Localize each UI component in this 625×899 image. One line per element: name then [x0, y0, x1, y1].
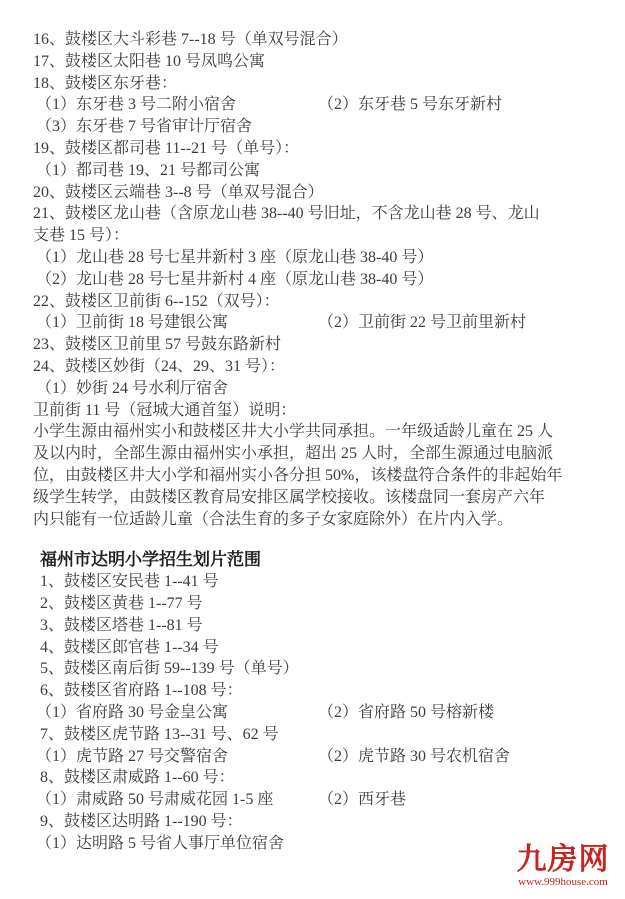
- address-text: 19、鼓楼区都司巷 11--21 号（单号）：: [33, 140, 299, 157]
- address-line: 4、鼓楼区郎官巷 1--34 号: [33, 637, 599, 659]
- address-text: 6、鼓楼区省府路 1--108 号：: [40, 682, 243, 699]
- address-text: 7、鼓楼区虎节路 13--31 号、62 号: [40, 726, 279, 743]
- address-text: （1）妙街 24 号水利厅宿舍: [36, 380, 228, 397]
- address-line-two-col: （1）虎节路 27 号交警宿舍（2）虎节路 30 号农机宿舍: [33, 746, 599, 768]
- address-text: （2）龙山巷 28 号七星井新村 4 座（原龙山巷 38-40 号）: [36, 271, 433, 288]
- address-text: 及以内时，全部生源由福州实小承担，超出 25 人时，全部生源通过电脑派: [33, 445, 553, 462]
- site-url: www.999house.com: [508, 876, 618, 889]
- address-text-col2: （2）省府路 50 号榕新楼: [318, 702, 494, 724]
- address-text-col2: （2）卫前街 22 号卫前里新村: [318, 312, 526, 334]
- address-line: 19、鼓楼区都司巷 11--21 号（单号）：: [33, 138, 599, 160]
- address-text: 级学生转学，由鼓楼区教育局安排区属学校接收。该楼盘同一套房产六年: [33, 489, 545, 506]
- address-line: 1、鼓楼区安民巷 1--41 号: [33, 571, 599, 593]
- address-text: （1）都司巷 19、21 号都司公寓: [36, 162, 260, 179]
- address-line: （1）都司巷 19、21 号都司公寓: [33, 160, 599, 182]
- address-text: 18、鼓楼区东牙巷：: [33, 75, 177, 92]
- address-line-two-col: （1）卫前街 18 号建银公寓（2）卫前街 22 号卫前里新村: [33, 312, 599, 334]
- address-text-col2: （2）虎节路 30 号农机宿舍: [318, 746, 510, 768]
- address-text: 1、鼓楼区安民巷 1--41 号: [40, 573, 219, 590]
- address-text: （1）龙山巷 28 号七星井新村 3 座（原龙山巷 38-40 号）: [36, 249, 433, 266]
- address-text: 5、鼓楼区南后街 59--139 号（单号）: [40, 660, 299, 677]
- address-text: 3、鼓楼区塔巷 1--81 号: [40, 617, 203, 634]
- address-text-col2: （2）西牙巷: [318, 789, 406, 811]
- address-line: 8、鼓楼区肃威路 1--60 号：: [33, 767, 599, 789]
- site-logo: 九房网: [508, 843, 618, 876]
- address-text: （1）省府路 30 号金皇公寓: [36, 704, 228, 721]
- address-text: 20、鼓楼区云端巷 3--8 号（单双号混合）: [33, 184, 324, 201]
- address-text: 21、鼓楼区龙山巷（含原龙山巷 38--40 号旧址，不含龙山巷 28 号、龙山: [33, 205, 540, 222]
- address-text: （1）东牙巷 3 号二附小宿舍: [36, 96, 236, 113]
- address-line: 24、鼓楼区妙街（24、29、31 号）：: [33, 356, 599, 378]
- address-text: 卫前街 11 号（冠城大通首玺）说明：: [33, 402, 296, 419]
- address-text: 17、鼓楼区太阳巷 10 号凤鸣公寓: [33, 53, 265, 70]
- address-line: 18、鼓楼区东牙巷：: [33, 73, 599, 95]
- address-text: 支巷 15 号）：: [33, 227, 129, 244]
- address-line: 9、鼓楼区达明路 1--190 号：: [33, 811, 599, 833]
- address-line: （2）龙山巷 28 号七星井新村 4 座（原龙山巷 38-40 号）: [33, 269, 599, 291]
- address-line: 16、鼓楼区大斗彩巷 7--18 号（单双号混合）: [33, 29, 599, 51]
- address-line: 22、鼓楼区卫前街 6--152（双号）：: [33, 291, 599, 313]
- address-line: 3、鼓楼区塔巷 1--81 号: [33, 615, 599, 637]
- address-text: 22、鼓楼区卫前街 6--152（双号）：: [33, 293, 280, 310]
- address-text: 8、鼓楼区肃威路 1--60 号：: [40, 769, 235, 786]
- address-text: 位，由鼓楼区井大小学和福州实小各分担 50%，该楼盘符合条件的非起始年: [33, 467, 562, 484]
- address-line: 5、鼓楼区南后街 59--139 号（单号）: [33, 658, 599, 680]
- address-line: 7、鼓楼区虎节路 13--31 号、62 号: [33, 724, 599, 746]
- address-text-col2: （2）东牙巷 5 号东牙新村: [318, 94, 502, 116]
- address-text: 9、鼓楼区达明路 1--190 号：: [40, 813, 243, 830]
- address-line: 23、鼓楼区卫前里 57 号鼓东路新村: [33, 334, 599, 356]
- watermark: 九房网 www.999house.com: [508, 843, 618, 889]
- section2-title: 福州市达明小学招生划片范围: [33, 549, 599, 571]
- address-line-two-col: （1）省府路 30 号金皇公寓（2）省府路 50 号榕新楼: [33, 702, 599, 724]
- address-line: 6、鼓楼区省府路 1--108 号：: [33, 680, 599, 702]
- address-text: 24、鼓楼区妙街（24、29、31 号）：: [33, 358, 285, 375]
- document-content: 16、鼓楼区大斗彩巷 7--18 号（单双号混合）17、鼓楼区太阳巷 10 号凤…: [33, 29, 599, 854]
- address-text: 2、鼓楼区黄巷 1--77 号: [40, 595, 203, 612]
- address-text: 4、鼓楼区郎官巷 1--34 号: [40, 639, 219, 656]
- address-line: 支巷 15 号）：: [33, 225, 599, 247]
- address-line: 21、鼓楼区龙山巷（含原龙山巷 38--40 号旧址，不含龙山巷 28 号、龙山: [33, 203, 599, 225]
- address-line: 内只能有一位适龄儿童（合法生育的多子女家庭除外）在片内入学。: [33, 509, 599, 531]
- address-line: 20、鼓楼区云端巷 3--8 号（单双号混合）: [33, 182, 599, 204]
- address-text: （1）达明路 5 号省人事厅单位宿舍: [36, 835, 284, 852]
- address-line: （3）东牙巷 7 号省审计厅宿舍: [33, 116, 599, 138]
- address-line: 2、鼓楼区黄巷 1--77 号: [33, 593, 599, 615]
- section-daming-school-list: 1、鼓楼区安民巷 1--41 号2、鼓楼区黄巷 1--77 号3、鼓楼区塔巷 1…: [33, 571, 599, 854]
- address-line: 位，由鼓楼区井大小学和福州实小各分担 50%，该楼盘符合条件的非起始年: [33, 465, 599, 487]
- address-text: 16、鼓楼区大斗彩巷 7--18 号（单双号混合）: [33, 31, 348, 48]
- address-text: 小学生源由福州实小和鼓楼区井大小学共同承担。一年级适龄儿童在 25 人: [33, 423, 553, 440]
- document-page: 16、鼓楼区大斗彩巷 7--18 号（单双号混合）17、鼓楼区太阳巷 10 号凤…: [0, 0, 625, 899]
- address-line: 及以内时，全部生源由福州实小承担，超出 25 人时，全部生源通过电脑派: [33, 443, 599, 465]
- address-text: （1）虎节路 27 号交警宿舍: [36, 748, 228, 765]
- address-line-two-col: （1）东牙巷 3 号二附小宿舍（2）东牙巷 5 号东牙新村: [33, 94, 599, 116]
- address-line: （1）妙街 24 号水利厅宿舍: [33, 378, 599, 400]
- address-line: 小学生源由福州实小和鼓楼区井大小学共同承担。一年级适龄儿童在 25 人: [33, 421, 599, 443]
- address-text: 23、鼓楼区卫前里 57 号鼓东路新村: [33, 336, 281, 353]
- section-school-district-list-1: 16、鼓楼区大斗彩巷 7--18 号（单双号混合）17、鼓楼区太阳巷 10 号凤…: [33, 29, 599, 530]
- address-line: 卫前街 11 号（冠城大通首玺）说明：: [33, 400, 599, 422]
- address-text: （1）肃威路 50 号肃威花园 1-5 座: [36, 791, 273, 808]
- address-text: 内只能有一位适龄儿童（合法生育的多子女家庭除外）在片内入学。: [33, 511, 513, 528]
- address-line: 17、鼓楼区太阳巷 10 号凤鸣公寓: [33, 51, 599, 73]
- address-text: （1）卫前街 18 号建银公寓: [36, 314, 228, 331]
- address-text: （3）东牙巷 7 号省审计厅宿舍: [36, 118, 252, 135]
- address-line: （1）龙山巷 28 号七星井新村 3 座（原龙山巷 38-40 号）: [33, 247, 599, 269]
- address-line: 级学生转学，由鼓楼区教育局安排区属学校接收。该楼盘同一套房产六年: [33, 487, 599, 509]
- address-line-two-col: （1）肃威路 50 号肃威花园 1-5 座（2）西牙巷: [33, 789, 599, 811]
